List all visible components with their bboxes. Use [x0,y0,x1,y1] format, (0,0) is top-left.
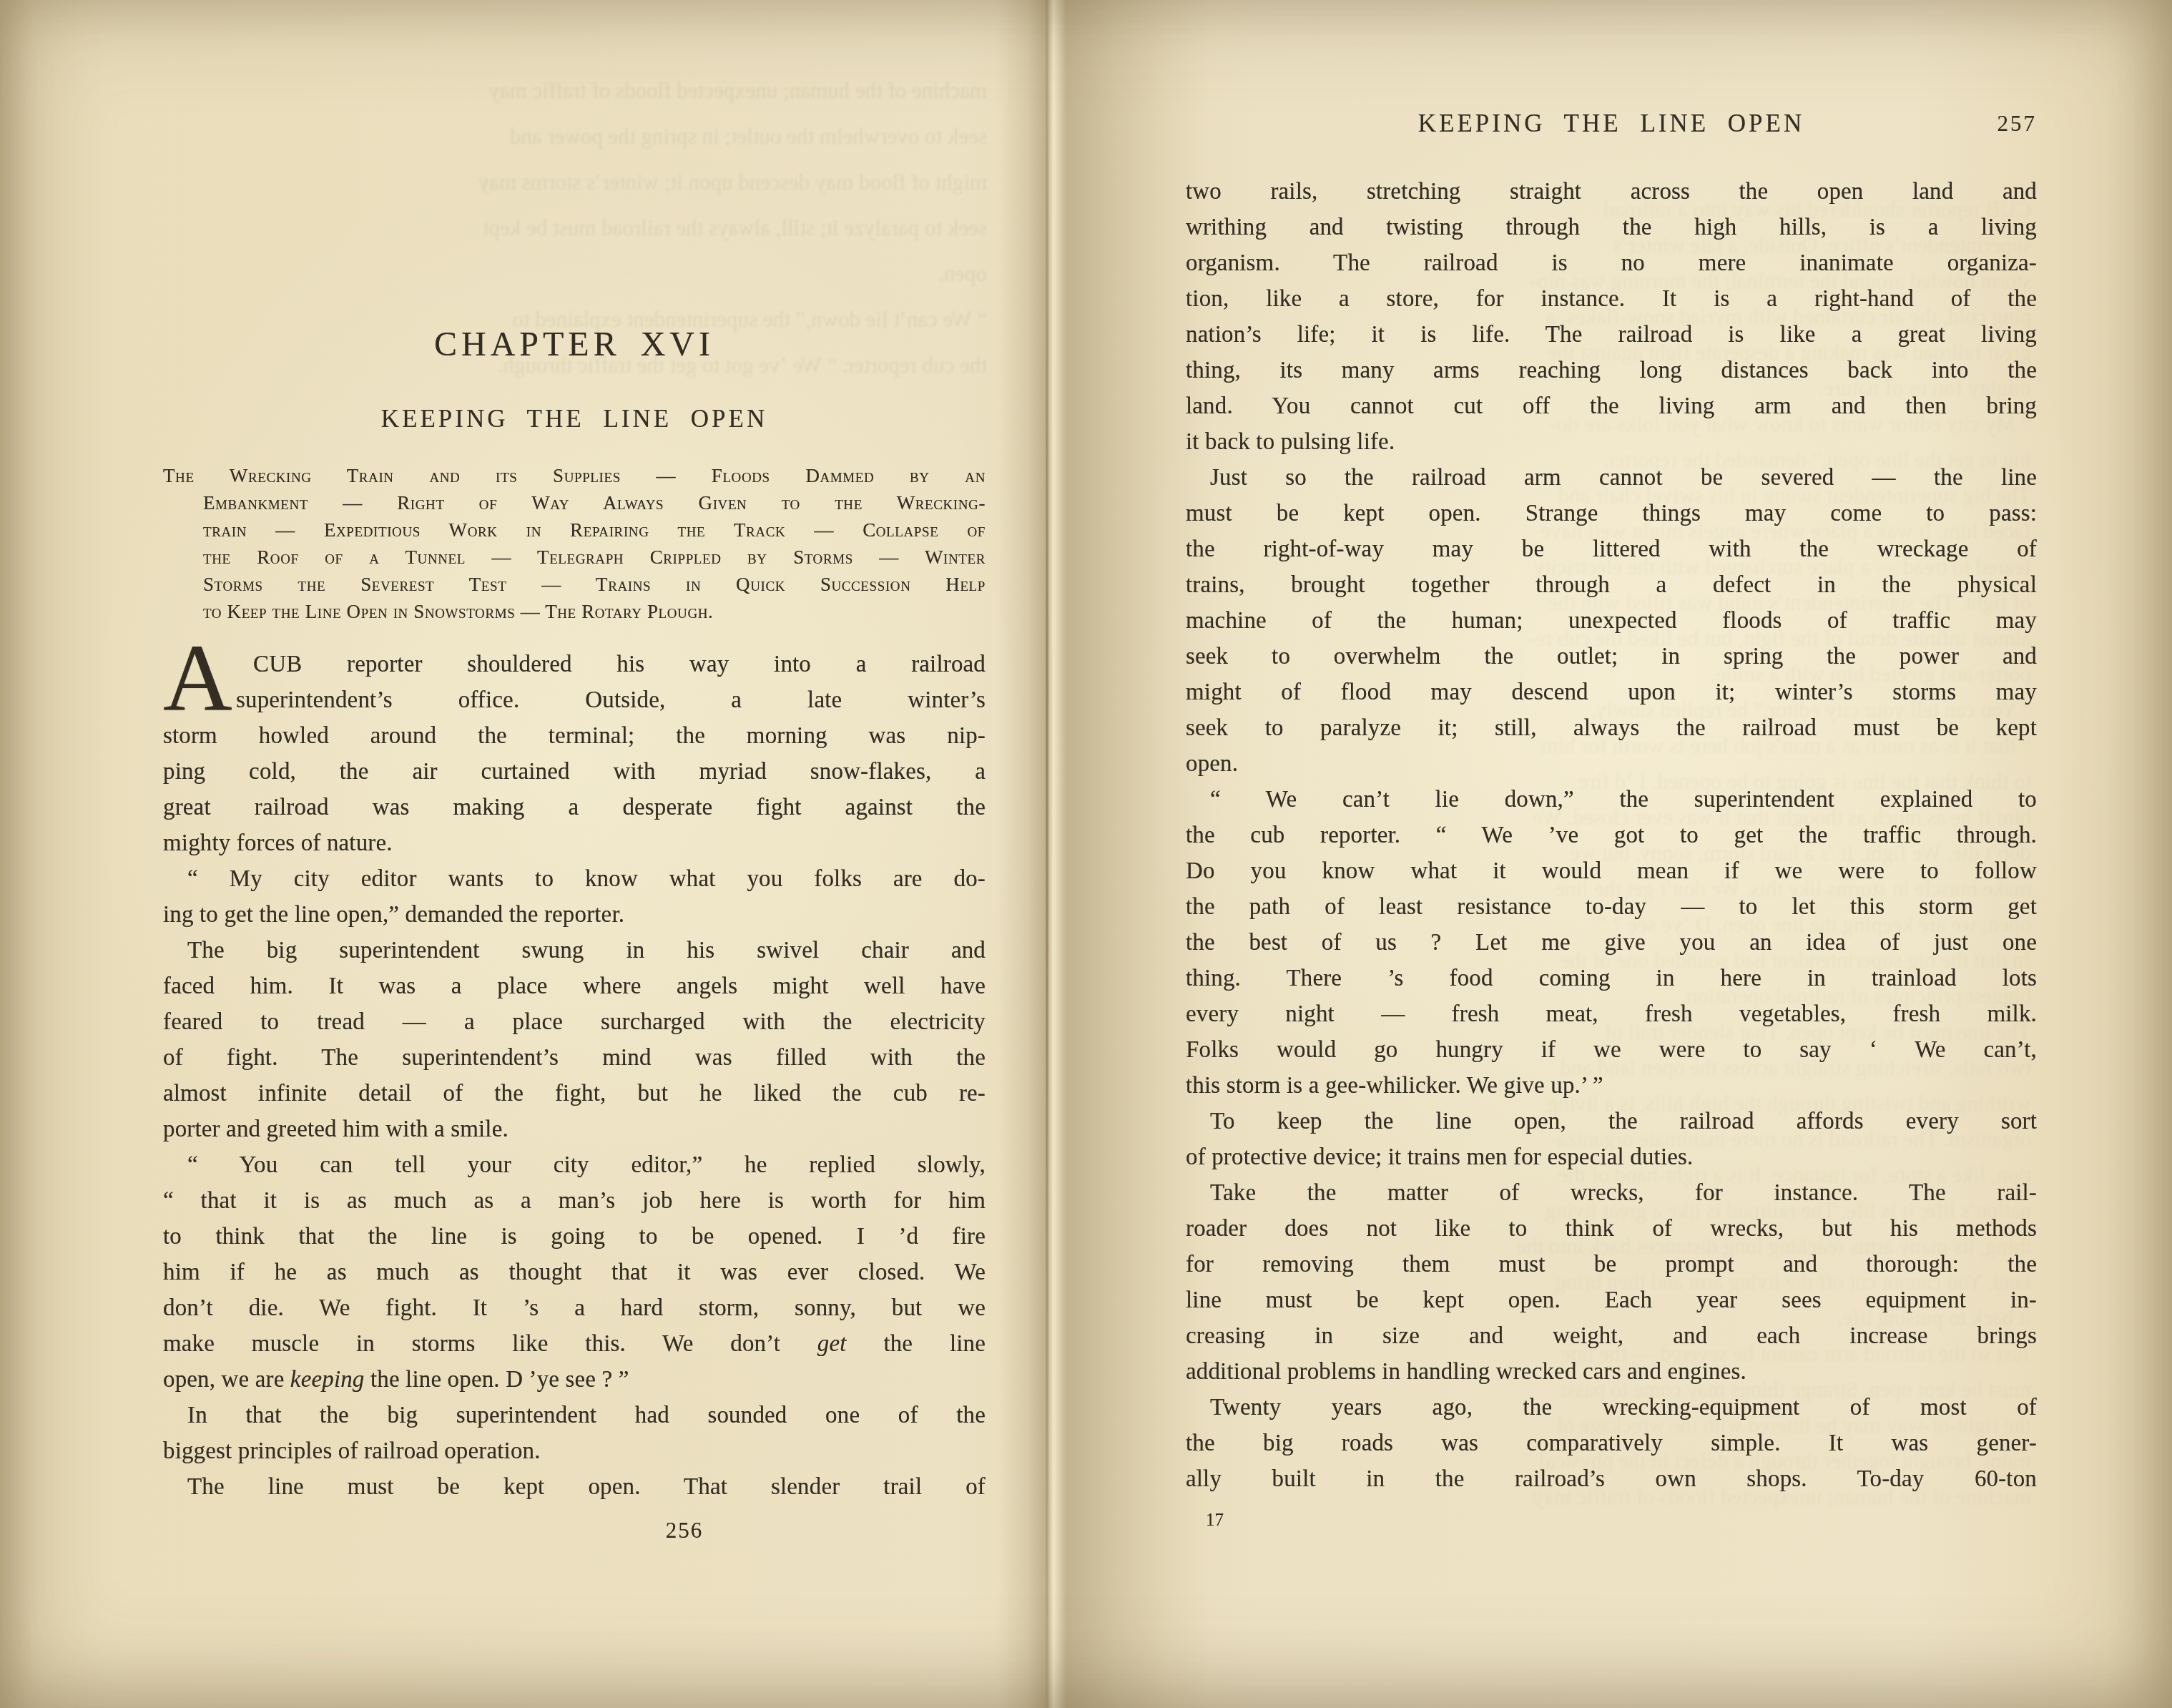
text-line: thing, its many arms reaching long dista… [1186,353,2037,388]
text-line: seek to overwhelm the outlet; in spring … [1186,639,2037,674]
text-line: make muscle in storms like this. We don’… [163,1326,986,1362]
text-line: In that the big superintendent had sound… [163,1398,986,1433]
text-line: don’t die. We fight. It ’s a hard storm,… [163,1290,986,1326]
text-line: line must be kept open. Each year sees e… [1186,1282,2037,1318]
text-line: feared to tread — a place surcharged wit… [163,1004,986,1040]
text-line: trains, brought together through a defec… [1186,567,2037,603]
text-line: land. You cannot cut off the living arm … [1186,388,2037,424]
gutter-crease [1046,0,1048,1708]
text-line: The line must be kept open. That slender… [163,1469,986,1505]
text-line: for removing them must be prompt and tho… [1186,1247,2037,1282]
text-line: organism. The railroad is no mere inanim… [1186,245,2037,281]
text-line: open, we are keeping the line open. D ’y… [163,1362,986,1398]
text-line: superintendent’s office. Outside, a late… [163,682,986,718]
text-line: nation’s life; it is life. The railroad … [1186,317,2037,353]
text-line: faced him. It was a place where angels m… [163,968,986,1004]
text-line: seek to paralyze it; still, always the r… [1186,710,2037,746]
text-line: ally built in the railroad’s own shops. … [1186,1461,2037,1497]
text-line: thing. There ’s food coming in here in t… [1186,961,2037,996]
text-line: “ We can’t lie down,” the superintendent… [1186,782,2037,818]
text-line: Just so the railroad arm cannot be sever… [1186,460,2037,496]
text-line: the best of us ? Let me give you an idea… [1186,925,2037,961]
text-line: to think that the line is going to be op… [163,1219,986,1255]
text-line: the Roof of a Tunnel — Telegraph Cripple… [163,544,986,571]
bleedthrough-ghost-text: machine of the human; unexpected floods … [179,68,987,440]
page-left-body-text: A CUB reporter shouldered his way into a… [163,647,986,1505]
text-line: “ My city editor wants to know what you … [163,861,986,897]
text-line: “ You can tell your city editor,” he rep… [163,1147,986,1183]
text-line: open. [1186,746,2037,782]
text-line: The big superintendent swung in his swiv… [163,933,986,968]
text-line: to Keep the Line Open in Snowstorms — Th… [163,598,986,625]
text-line: this storm is a gee-whilicker. We give u… [1186,1068,2037,1104]
text-line: roader does not like to think of wrecks,… [1186,1211,2037,1247]
text-line: the right-of-way may be littered with th… [1186,531,2037,567]
text-line: of fight. The superintendent’s mind was … [163,1040,986,1076]
text-line: writhing and twisting through the high h… [1186,210,2037,245]
running-header: KEEPING THE LINE OPEN 257 [1186,107,2037,140]
text-line: Embankment — Right of Way Always Given t… [163,489,986,516]
page-number-right: 257 [1997,107,2038,140]
text-line: him if he as much as thought that it was… [163,1255,986,1290]
text-line: two rails, stretching straight across th… [1186,174,2037,210]
text-line: train — Expeditious Work in Repairing th… [163,516,986,544]
text-line: of protective device; it trains men for … [1186,1139,2037,1175]
text-line: the path of least resistance to-day — to… [1186,889,2037,925]
text-line: Twenty years ago, the wrecking-equipment… [1186,1390,2037,1425]
signature-mark: 17 [1206,1506,1224,1535]
book-scan: machine of the human; unexpected floods … [0,0,2172,1708]
text-line: storm howled around the terminal; the mo… [163,718,986,754]
text-line: mighty forces of nature. [163,825,986,861]
text-line: CUB reporter shouldered his way into a r… [163,647,986,682]
text-line: it back to pulsing life. [1186,424,2037,460]
text-line: the big roads was comparatively simple. … [1186,1425,2037,1461]
text-line: almost infinite detail of the fight, but… [163,1076,986,1111]
text-line: every night — fresh meat, fresh vegetabl… [1186,996,2037,1032]
text-line: additional problems in handling wrecked … [1186,1354,2037,1390]
text-line: tion, like a store, for instance. It is … [1186,281,2037,317]
text-line: porter and greeted him with a smile. [163,1111,986,1147]
text-line: The Wrecking Train and its Supplies — Fl… [163,462,986,489]
text-line: To keep the line open, the railroad affo… [1186,1104,2037,1139]
text-line: must be kept open. Strange things may co… [1186,496,2037,531]
text-line: might of flood may descend upon it; wint… [1186,674,2037,710]
text-line: ping cold, the air curtained with myriad… [163,754,986,790]
chapter-title: KEEPING THE LINE OPEN [163,402,986,436]
page-number-left: 256 [645,1515,724,1546]
page-gutter-shadow [998,0,1212,1708]
text-line: great railroad was making a desperate fi… [163,790,986,825]
text-line: Folks would go hungry if we were to say … [1186,1032,2037,1068]
text-line: machine of the human; unexpected floods … [1186,603,2037,639]
page-right-body-text: two rails, stretching straight across th… [1186,174,2037,1497]
chapter-label: CHAPTER XVI [163,323,986,366]
text-line: Do you know what it would mean if we wer… [1186,853,2037,889]
chapter-synopsis: The Wrecking Train and its Supplies — Fl… [163,462,986,625]
text-line: biggest principles of railroad operation… [163,1433,986,1469]
running-header-title: KEEPING THE LINE OPEN [1418,109,1804,137]
text-line: Take the matter of wrecks, for instance.… [1186,1175,2037,1211]
text-line: Storms the Severest Test — Trains in Qui… [163,571,986,598]
text-line: ing to get the line open,” demanded the … [163,897,986,933]
text-line: the cub reporter. “ We ’ve got to get th… [1186,818,2037,853]
text-line: “ that it is as much as a man’s job here… [163,1183,986,1219]
text-line: creasing in size and weight, and each in… [1186,1318,2037,1354]
